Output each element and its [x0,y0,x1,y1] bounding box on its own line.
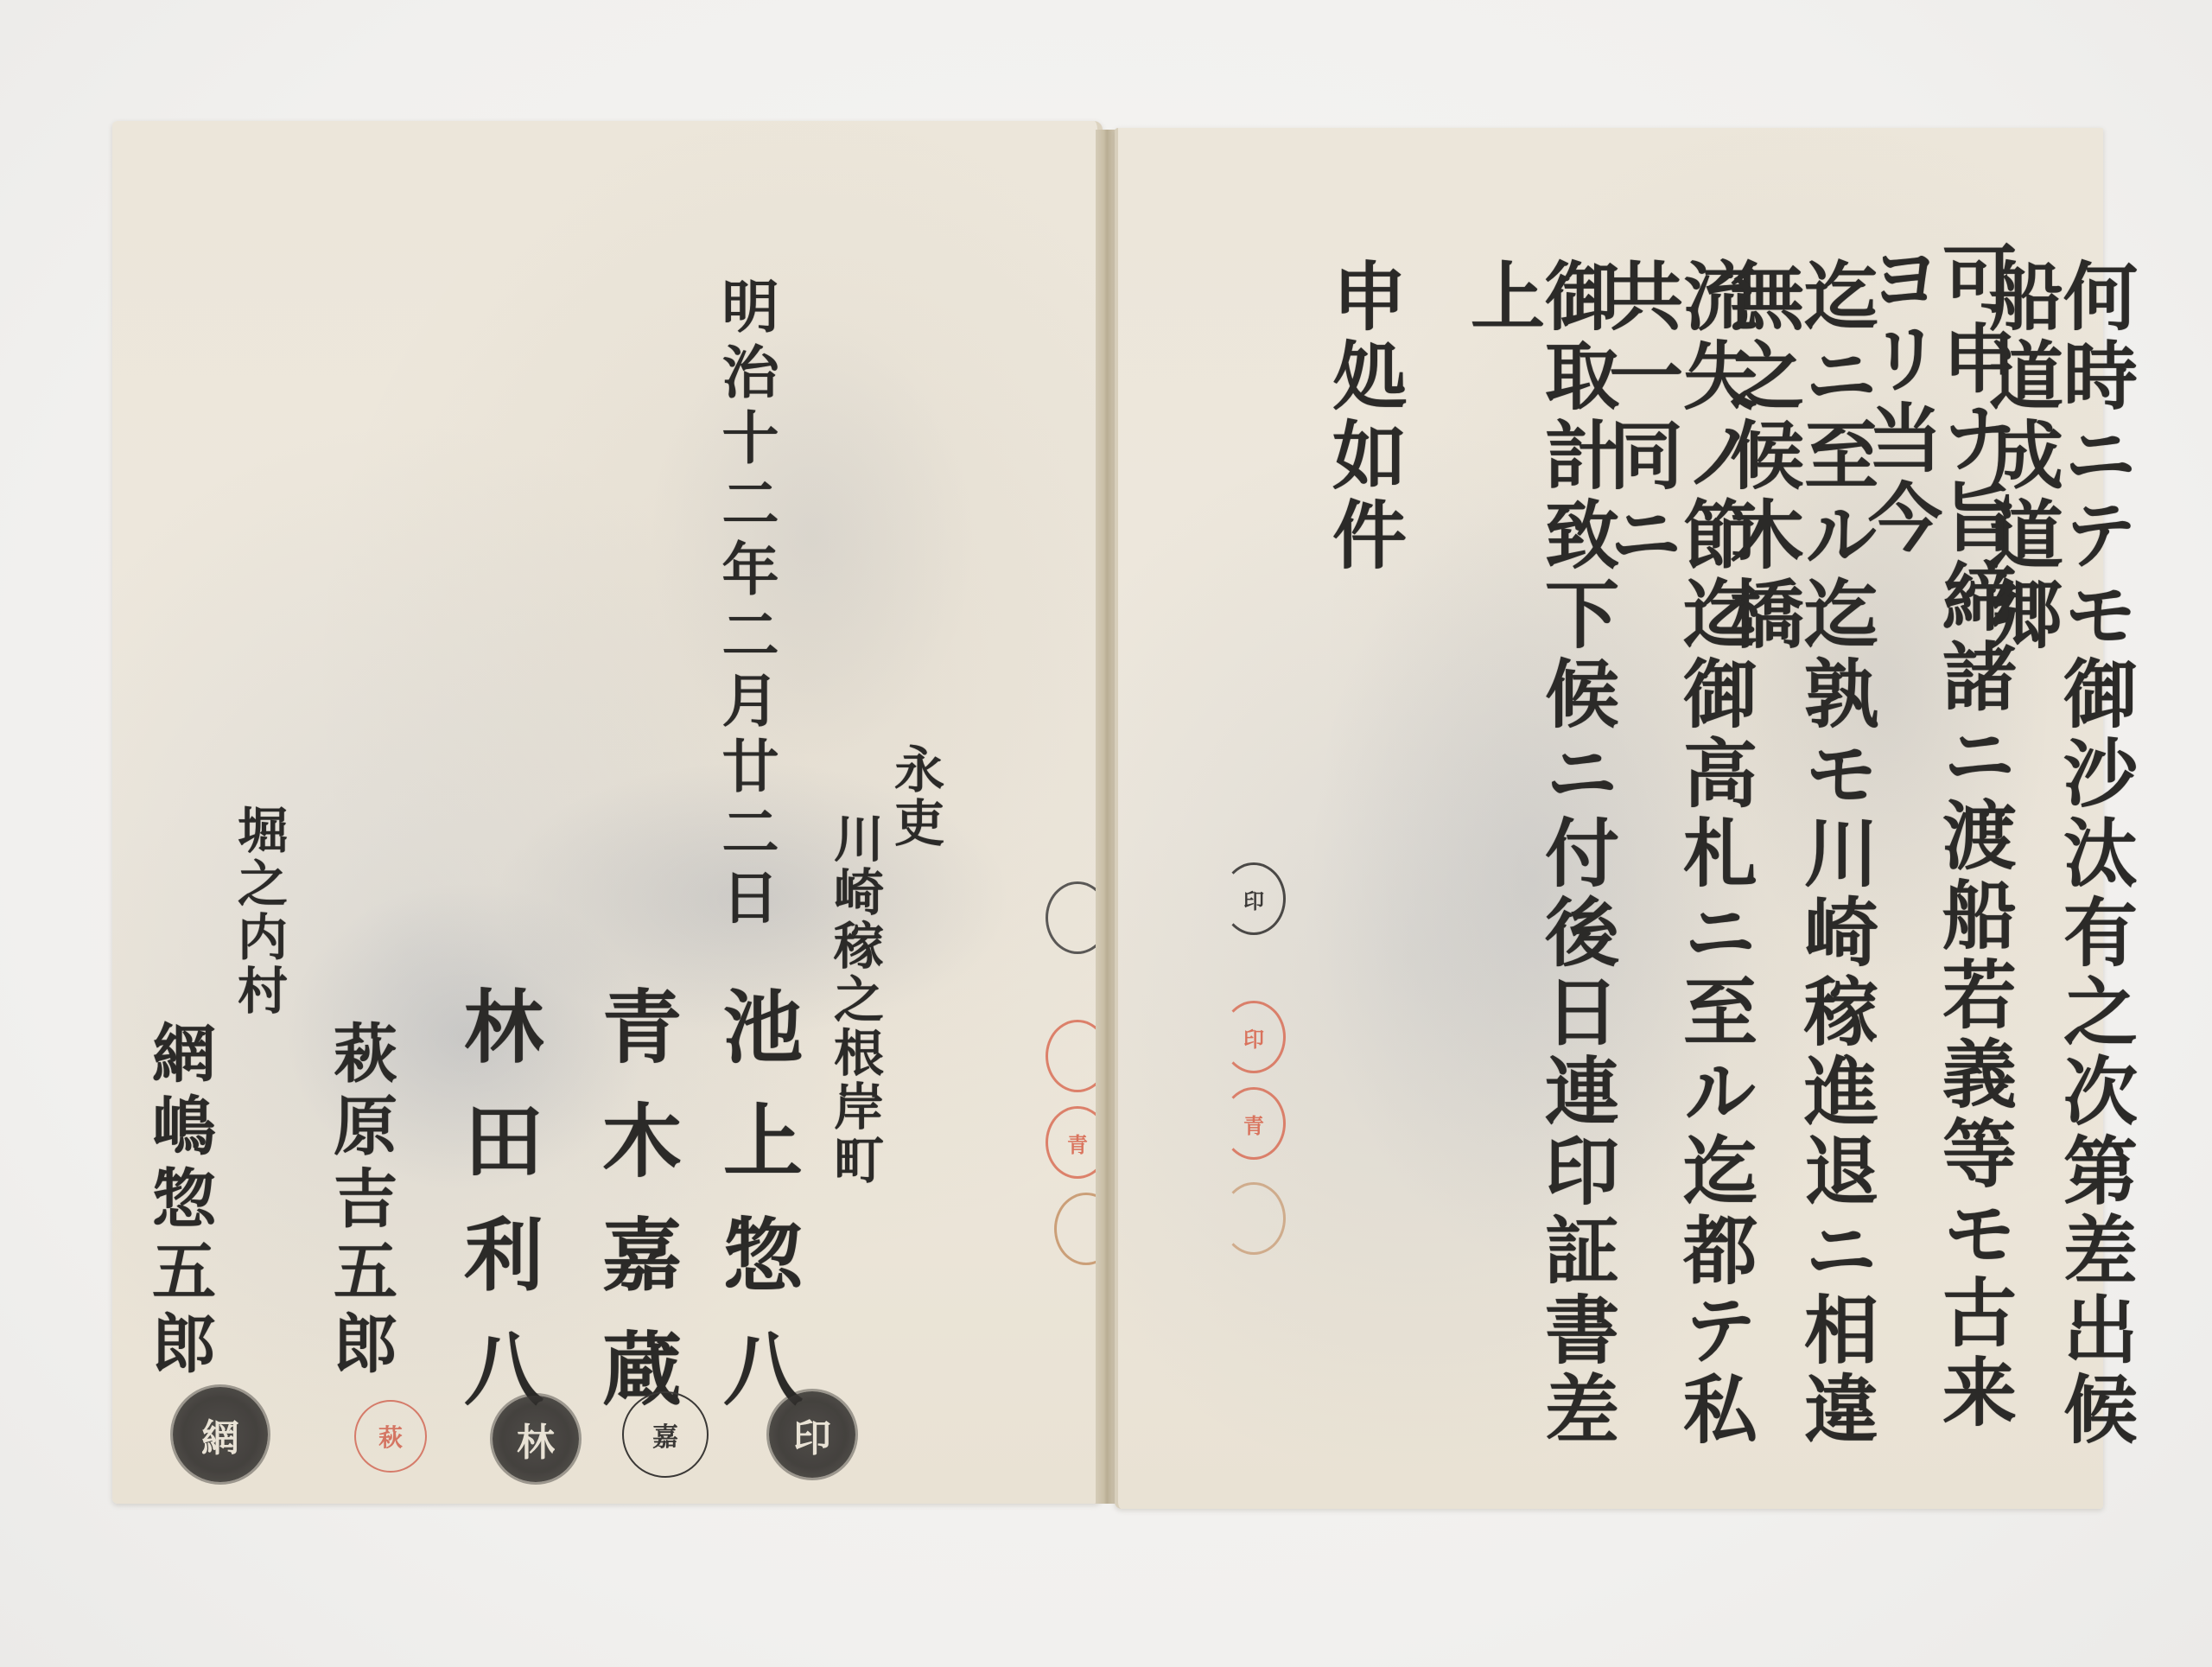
signatory-seal-2: 嘉 [622,1391,709,1478]
signatory-name: 網嶋惣五郎 [147,1020,211,1383]
text-column-2: 可申ナ旨締諸ニ渡船若義等モ古来ヨリ当今 [1861,240,2010,1509]
ink-bleed-stain [648,311,976,760]
place-name-1: 川崎稼之根岸町 [829,812,880,1187]
signatory-name: 池上惣八 [717,985,797,1441]
seal-glyph: 印 [1243,1022,1264,1053]
place-name-2: 堀之内村 [233,804,283,1018]
seal-glyph: 印 [1243,884,1264,914]
signatory-name: 青木嘉蔵 [596,985,676,1441]
right-page: 何時ニテモ御沙汰有之次第差出候船道成道郷 可申ナ旨締諸ニ渡船若義等モ古来ヨリ当今… [1115,128,2103,1509]
left-page: 明治十二年二月廿二日 永吏 川崎稼之根岸町 池上惣八 青木嘉蔵 林田利八 印 嘉… [112,121,1103,1504]
seal-glyph: 林 [517,1411,555,1467]
tally-seal-half: 青 [1222,1087,1286,1160]
tally-seal-half: 印 [1222,862,1286,935]
text-column-5: 御取計致下候ニ付後日連印証書差上 [1464,258,1612,1509]
book-gutter [1096,130,1116,1504]
seal-glyph: 青 [1243,1109,1264,1139]
signatory-name: 林田利八 [458,985,537,1441]
text-column-6: 申処如件 [1325,258,1400,576]
signatory-seal-3: 林 [493,1396,579,1482]
signatory-seal-1: 印 [769,1391,855,1478]
role-label: 永吏 [890,743,940,850]
seal-glyph: 印 [793,1407,831,1462]
seal-glyph: 萩 [378,1419,403,1454]
signatory-seal-4: 萩 [354,1400,427,1473]
signatory-name: 萩原吉五郎 [328,1020,392,1383]
tally-seal-half [1222,1182,1286,1255]
signatory-seal-5: 網 [173,1387,268,1482]
seal-glyph: 青 [1067,1128,1088,1158]
seal-glyph: 嘉 [652,1416,678,1454]
seal-glyph: 網 [201,1407,239,1462]
text-column-4: 流失ノ節迄御高札ニ至ル迄都テ私共一同ニ [1602,258,1751,1509]
date-text: 明治十二年二月廿二日 [717,277,774,933]
tally-seal-half: 印 [1222,1001,1286,1073]
